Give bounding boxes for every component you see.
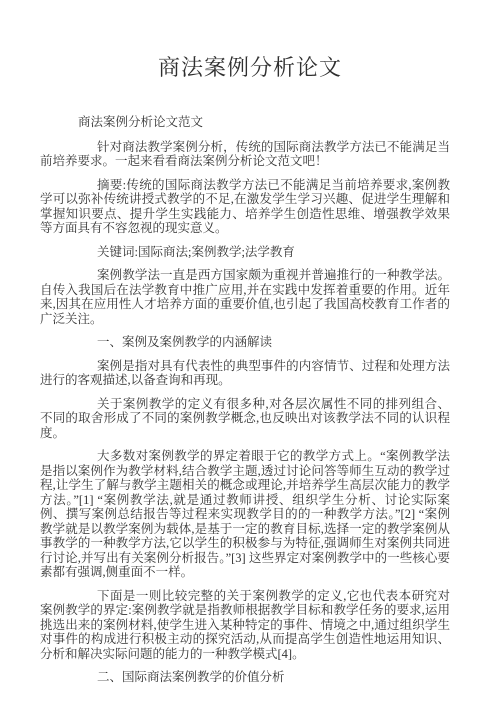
paragraph-intro: 针对商法教学案例分析，传统的国际商法教学方法已不能满足当前培养要求。一起来看看商…	[40, 140, 450, 169]
paragraph-definition-quotes: 大多数对案例教学的界定着眼于它的教学方式上。“案例教学法是指以案例作为教学材料,…	[40, 449, 450, 580]
document-page: 商法案例分析论文 商法案例分析论文范文 针对商法教学案例分析，传统的国际商法教学…	[0, 0, 500, 707]
paragraph-definition-variety: 关于案例教学的定义有很多种,对各层次属性不同的排列组合、不同的取舍形成了不同的案…	[40, 397, 450, 441]
section-heading-1: 一、案例及案例教学的内涵解读	[40, 335, 450, 350]
paragraph-subtitle: 商法案例分析论文范文	[40, 115, 450, 130]
paragraph-complete-definition: 下面是一则比较完整的关于案例教学的定义,它也代表本研究对案例教学的界定:案例教学…	[40, 589, 450, 662]
paragraph-abstract: 摘要:传统的国际商法教学方法已不能满足当前培养要求,案例教学可以弥补传统讲授式教…	[40, 178, 450, 236]
paragraph-case-definition: 案例是指对具有代表性的典型事件的内容情节、过程和处理方法进行的客观描述,以备查询…	[40, 359, 450, 388]
document-title: 商法案例分析论文	[0, 53, 500, 83]
paragraph-keywords: 关键词:国际商法;案例教学;法学教育	[40, 245, 450, 260]
section-heading-2: 二、国际商法案例教学的价值分析	[40, 670, 450, 685]
document-body: 商法案例分析论文范文 针对商法教学案例分析，传统的国际商法教学方法已不能满足当前…	[0, 83, 500, 685]
paragraph-background: 案例教学法一直是西方国家颇为重视并普遍推行的一种教学法。自传入我国后在法学教育中…	[40, 268, 450, 326]
